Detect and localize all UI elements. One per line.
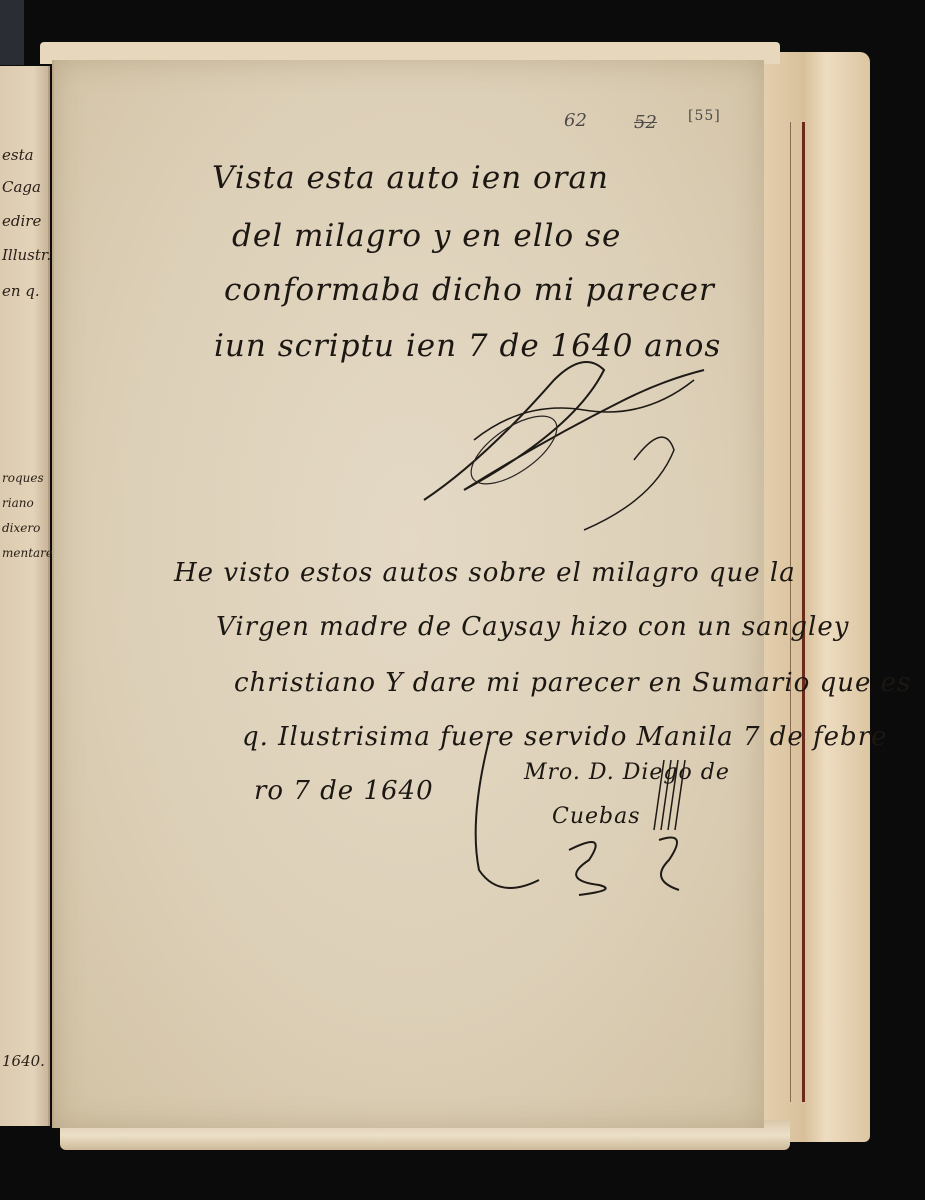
entry-line: Virgen madre de Caysay hizo con un sangl… (216, 612, 849, 642)
left-margin-fragment: riano (2, 496, 34, 510)
left-margin-fragment: dixero (2, 521, 40, 535)
left-margin-date: 1640. (2, 1052, 45, 1070)
entry-line: christiano Y dare mi parecer en Sumario … (234, 668, 911, 698)
entry-line: conformaba dicho mi parecer (224, 272, 715, 308)
scanner-edge (0, 0, 24, 65)
signature-flourish-icon (404, 340, 724, 540)
entry-line: del milagro y en ello se (232, 218, 621, 254)
manuscript-page: 62 52 [55] Vista esta auto ien oran del … (52, 60, 764, 1128)
folio-number-crossed: 52 (634, 112, 657, 133)
folio-number: 62 (564, 110, 587, 131)
left-margin-fragment: esta (2, 146, 34, 164)
entry-line: ro 7 de 1640 (254, 776, 434, 806)
left-margin-fragment: roques (2, 471, 44, 485)
left-facing-page: esta Caga edire Illustr. en q. roques ri… (0, 66, 50, 1126)
entry-line: He visto estos autos sobre el milagro qu… (174, 558, 796, 588)
left-margin-fragment: mentare (2, 546, 53, 560)
rubric-flourish-icon (459, 720, 719, 900)
left-margin-fragment: Caga (2, 178, 41, 196)
folio-number-bracketed: [55] (688, 108, 721, 124)
left-margin-fragment: edire (2, 212, 41, 230)
left-margin-fragment: en q. (2, 282, 40, 300)
entry-line: Vista esta auto ien oran (212, 160, 609, 196)
page-stack-edge (760, 52, 870, 1142)
left-margin-fragment: Illustr. (2, 246, 51, 264)
